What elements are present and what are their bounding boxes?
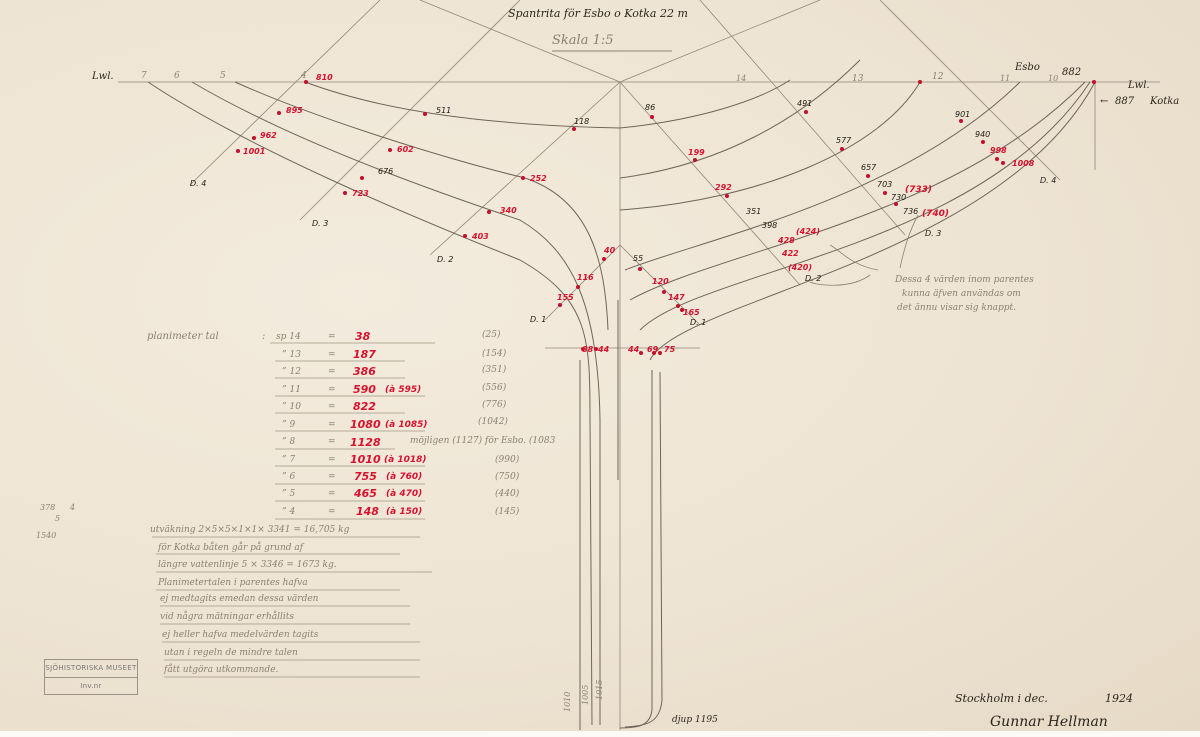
svg-text:38: 38 [355, 330, 371, 343]
svg-text:1010: 1010 [350, 453, 381, 466]
svg-text:703: 703 [877, 180, 892, 189]
svg-text:1540: 1540 [36, 531, 56, 540]
svg-text:=: = [328, 507, 336, 517]
svg-text:378: 378 [40, 503, 55, 512]
svg-text:(556): (556) [482, 382, 507, 393]
svg-text:422: 422 [781, 249, 799, 258]
svg-text:10: 10 [1048, 74, 1058, 83]
svg-text:” 6: ” 6 [282, 472, 295, 482]
svg-text:398: 398 [762, 221, 777, 230]
svg-text:=: = [328, 472, 336, 482]
diagonal-4-right [880, 0, 1060, 180]
svg-text:=: = [328, 437, 336, 447]
drawing-sheet: Spantrita för Esbo o Kotka 22 m Skala 1:… [0, 0, 1200, 737]
diagonal-label: D. 2 [437, 255, 453, 264]
svg-text:möjligen (1127) för Esbo. (108: möjligen (1127) för Esbo. (1083 [410, 435, 556, 446]
planimeter-row: ” 13 = 187 (154) [275, 348, 507, 361]
svg-text:1008: 1008 [1012, 159, 1035, 168]
svg-text:199: 199 [688, 148, 705, 157]
kotka-waterline-value: 887 [1115, 96, 1135, 107]
lines-plan-drawing: Spantrita för Esbo o Kotka 22 m Skala 1:… [0, 0, 1200, 737]
svg-text:sp 14: sp 14 [276, 332, 301, 342]
svg-text:351: 351 [746, 207, 761, 216]
svg-text:(351): (351) [482, 364, 507, 375]
svg-text:1005: 1005 [581, 685, 590, 705]
svg-text:” 11: ” 11 [282, 385, 301, 395]
svg-text:86: 86 [645, 103, 655, 112]
svg-text:998: 998 [990, 146, 1007, 155]
svg-text:” 13: ” 13 [282, 350, 301, 360]
svg-text:(à 150): (à 150) [386, 507, 422, 517]
diagonal-label: D. 3 [312, 219, 328, 228]
drawing-title: Spantrita för Esbo o Kotka 22 m [508, 7, 688, 20]
svg-text:=: = [328, 420, 336, 430]
svg-text:(420): (420) [788, 263, 812, 272]
svg-text:(à 595): (à 595) [385, 385, 421, 395]
svg-text:657: 657 [861, 163, 877, 172]
svg-text:118: 118 [574, 117, 589, 126]
planimeter-row: ” 12 = 386 (351) [275, 364, 507, 378]
svg-text:116: 116 [577, 273, 594, 282]
svg-text:(25): (25) [482, 329, 501, 340]
diagonal-1-left [545, 245, 620, 320]
diagonal-label: D. 3 [925, 229, 941, 238]
svg-text:1128: 1128 [350, 436, 381, 449]
svg-text:(145): (145) [495, 506, 520, 517]
svg-text:1080: 1080 [350, 418, 381, 431]
svg-text:6: 6 [174, 71, 180, 81]
svg-text:(750): (750) [495, 471, 520, 482]
svg-text::: : [262, 331, 265, 342]
svg-text:fått utgöra utkommande.: fått utgöra utkommande. [163, 663, 279, 675]
svg-text:730: 730 [891, 193, 906, 202]
svg-text:vid några mätningar erhållits: vid några mätningar erhållits [160, 610, 294, 622]
svg-text:för Kotka båten går på grund a: för Kotka båten går på grund af [157, 541, 305, 553]
planimeter-row: ” 6 = 755 (à 760) (750) [275, 470, 520, 484]
svg-text:” 8: ” 8 [282, 437, 295, 447]
svg-text:822: 822 [353, 400, 376, 413]
svg-text:590: 590 [353, 383, 376, 396]
svg-text:(776): (776) [482, 399, 507, 410]
svg-text:75: 75 [664, 345, 676, 354]
svg-text:602: 602 [397, 145, 414, 154]
svg-text:723: 723 [352, 189, 369, 198]
note-line: det ännu visar sig knappt. [897, 303, 1016, 313]
svg-text:4: 4 [69, 503, 75, 512]
svg-text:252: 252 [530, 174, 547, 183]
svg-text:428: 428 [777, 236, 795, 245]
signature-place: Stockholm i dec. [955, 692, 1048, 705]
svg-text:utväkning 2×5×5×1×1× 3341 = 16: utväkning 2×5×5×1×1× 3341 = 16,705 kg [150, 525, 350, 535]
svg-text:810: 810 [316, 73, 333, 82]
svg-text:=: = [328, 402, 336, 412]
offset-points [236, 80, 1096, 355]
svg-text:=: = [328, 367, 336, 377]
signature-year: 1924 [1105, 692, 1133, 705]
svg-text:11: 11 [1000, 74, 1010, 83]
svg-text:465: 465 [353, 487, 377, 500]
svg-text:=: = [328, 332, 336, 342]
planimeter-row: ” 4 = 148 (à 150) (145) [275, 505, 520, 519]
note-line: kunna äfven användas om [902, 289, 1021, 299]
diagonal-label: D. 1 [530, 315, 546, 324]
svg-text:(154): (154) [482, 348, 507, 359]
svg-text:120: 120 [652, 277, 669, 286]
svg-text:55: 55 [633, 254, 643, 263]
esbo-label: Esbo [1014, 62, 1040, 73]
svg-text:(990): (990) [495, 454, 520, 465]
planimeter-row: ” 10 = 822 (776) [275, 399, 507, 413]
diagonal-2-left [430, 82, 620, 255]
svg-text:5: 5 [220, 71, 226, 81]
svg-text:Planimetertalen i parentes haf: Planimetertalen i parentes hafva [157, 578, 308, 588]
svg-text:69: 69 [647, 345, 659, 354]
svg-text:(1042): (1042) [478, 416, 508, 427]
svg-text:44: 44 [627, 345, 640, 354]
svg-text:(440): (440) [495, 488, 520, 499]
svg-text:88: 88 [582, 345, 594, 354]
kotka-label: Kotka [1149, 96, 1179, 107]
svg-text:44: 44 [597, 345, 610, 354]
svg-text:187: 187 [353, 348, 376, 361]
svg-text:” 4: ” 4 [282, 507, 295, 517]
svg-text:” 10: ” 10 [282, 402, 301, 412]
svg-text:755: 755 [354, 470, 377, 483]
diagonal-4-left [190, 0, 380, 185]
svg-text:(740): (740) [922, 209, 949, 219]
planimeter-row: ” 7 = 1010 (à 1018) (990) [275, 453, 520, 466]
svg-text:” 9: ” 9 [282, 420, 295, 430]
svg-text:14: 14 [736, 74, 746, 83]
svg-text:895: 895 [286, 106, 303, 115]
svg-text:utan i regeln de mindre talen: utan i regeln de mindre talen [164, 648, 298, 658]
diagonal-label: D. 2 [805, 274, 821, 283]
svg-text:491: 491 [797, 99, 812, 108]
diagonal-label: D. 1 [690, 318, 706, 327]
svg-text:ej medtagits emedan dessa värd: ej medtagits emedan dessa värden [160, 594, 319, 604]
svg-text:403: 403 [471, 232, 489, 241]
svg-text:(à 470): (à 470) [386, 489, 422, 499]
svg-text:1001: 1001 [243, 147, 265, 156]
svg-text:292: 292 [715, 183, 732, 192]
svg-text:165: 165 [683, 308, 700, 317]
svg-text:(à 1018): (à 1018) [384, 455, 426, 465]
svg-text:147: 147 [668, 293, 685, 302]
diagonal-3-right [700, 0, 905, 235]
note-line: Dessa 4 värden inom parentes [894, 275, 1034, 285]
signature-name: Gunnar Hellman [990, 714, 1108, 730]
svg-text:=: = [328, 455, 336, 465]
diagonal-label: D. 4 [190, 179, 206, 188]
svg-text:(424): (424) [796, 227, 820, 236]
esbo-waterline-value: 882 [1062, 67, 1081, 78]
drawing-scale: Skala 1:5 [552, 33, 614, 48]
svg-text:längre vattenlinje 5 × 3346 =: längre vattenlinje 5 × 3346 = 1673 kg. [158, 560, 337, 570]
svg-text:511: 511 [436, 106, 451, 115]
svg-text:4: 4 [300, 71, 307, 81]
planimeter-heading: planimeter tal [147, 331, 219, 342]
svg-text:148: 148 [356, 505, 379, 518]
svg-text:386: 386 [353, 365, 376, 378]
svg-text:1015: 1015 [595, 680, 604, 700]
svg-text:(à 1085): (à 1085) [385, 420, 427, 430]
svg-text:12: 12 [932, 72, 944, 82]
planimeter-row: ” 11 = 590 (à 595) (556) [275, 382, 507, 396]
depth-label: djup 1195 [672, 715, 718, 725]
svg-text:940: 940 [975, 130, 990, 139]
planimeter-row: ” 9 = 1080 (à 1085) (1042) [275, 416, 508, 431]
svg-text:” 7: ” 7 [282, 455, 295, 465]
svg-text:340: 340 [500, 206, 517, 215]
waterline-label-left: Lwl. [91, 71, 114, 82]
calculation-note: utväkning 2×5×5×1×1× 3341 = 16,705 kg fö… [150, 525, 432, 677]
svg-text:ej heller hafva medelvärden ta: ej heller hafva medelvärden tagits [162, 630, 319, 640]
svg-text:901: 901 [955, 110, 970, 119]
planimeter-row: sp 14 = 38 (25) [270, 329, 501, 343]
planimeter-table: sp 14 = 38 (25) ” 13 = 187 (154) ” 12 = … [270, 329, 556, 519]
svg-text:736: 736 [903, 207, 918, 216]
waterline-label-right: Lwl. [1127, 80, 1150, 91]
planimeter-row: ” 8 = 1128 möjligen (1127) för Esbo. (10… [275, 435, 556, 449]
svg-text:(733): (733) [905, 185, 932, 195]
svg-text:=: = [328, 385, 336, 395]
svg-text:40: 40 [603, 246, 616, 255]
svg-text:155: 155 [557, 293, 574, 302]
museum-stamp: SJÖHISTORISKA MUSEET Inv.nr [44, 659, 138, 695]
svg-text:1010: 1010 [563, 692, 572, 712]
svg-text:676: 676 [378, 167, 393, 176]
svg-text:577: 577 [836, 136, 852, 145]
svg-text:(à 760): (à 760) [386, 472, 422, 482]
diagonal-label: D. 4 [1040, 176, 1056, 185]
svg-text:962: 962 [260, 131, 277, 140]
svg-text:13: 13 [852, 74, 864, 84]
arrow-icon: ← [1100, 96, 1108, 107]
svg-text:” 5: ” 5 [282, 489, 295, 499]
svg-text:=: = [328, 489, 336, 499]
svg-text:5: 5 [55, 514, 60, 523]
svg-text:=: = [328, 350, 336, 360]
planimeter-row: ” 5 = 465 (à 470) (440) [275, 487, 520, 501]
svg-text:7: 7 [141, 71, 147, 81]
svg-text:” 12: ” 12 [282, 367, 301, 377]
